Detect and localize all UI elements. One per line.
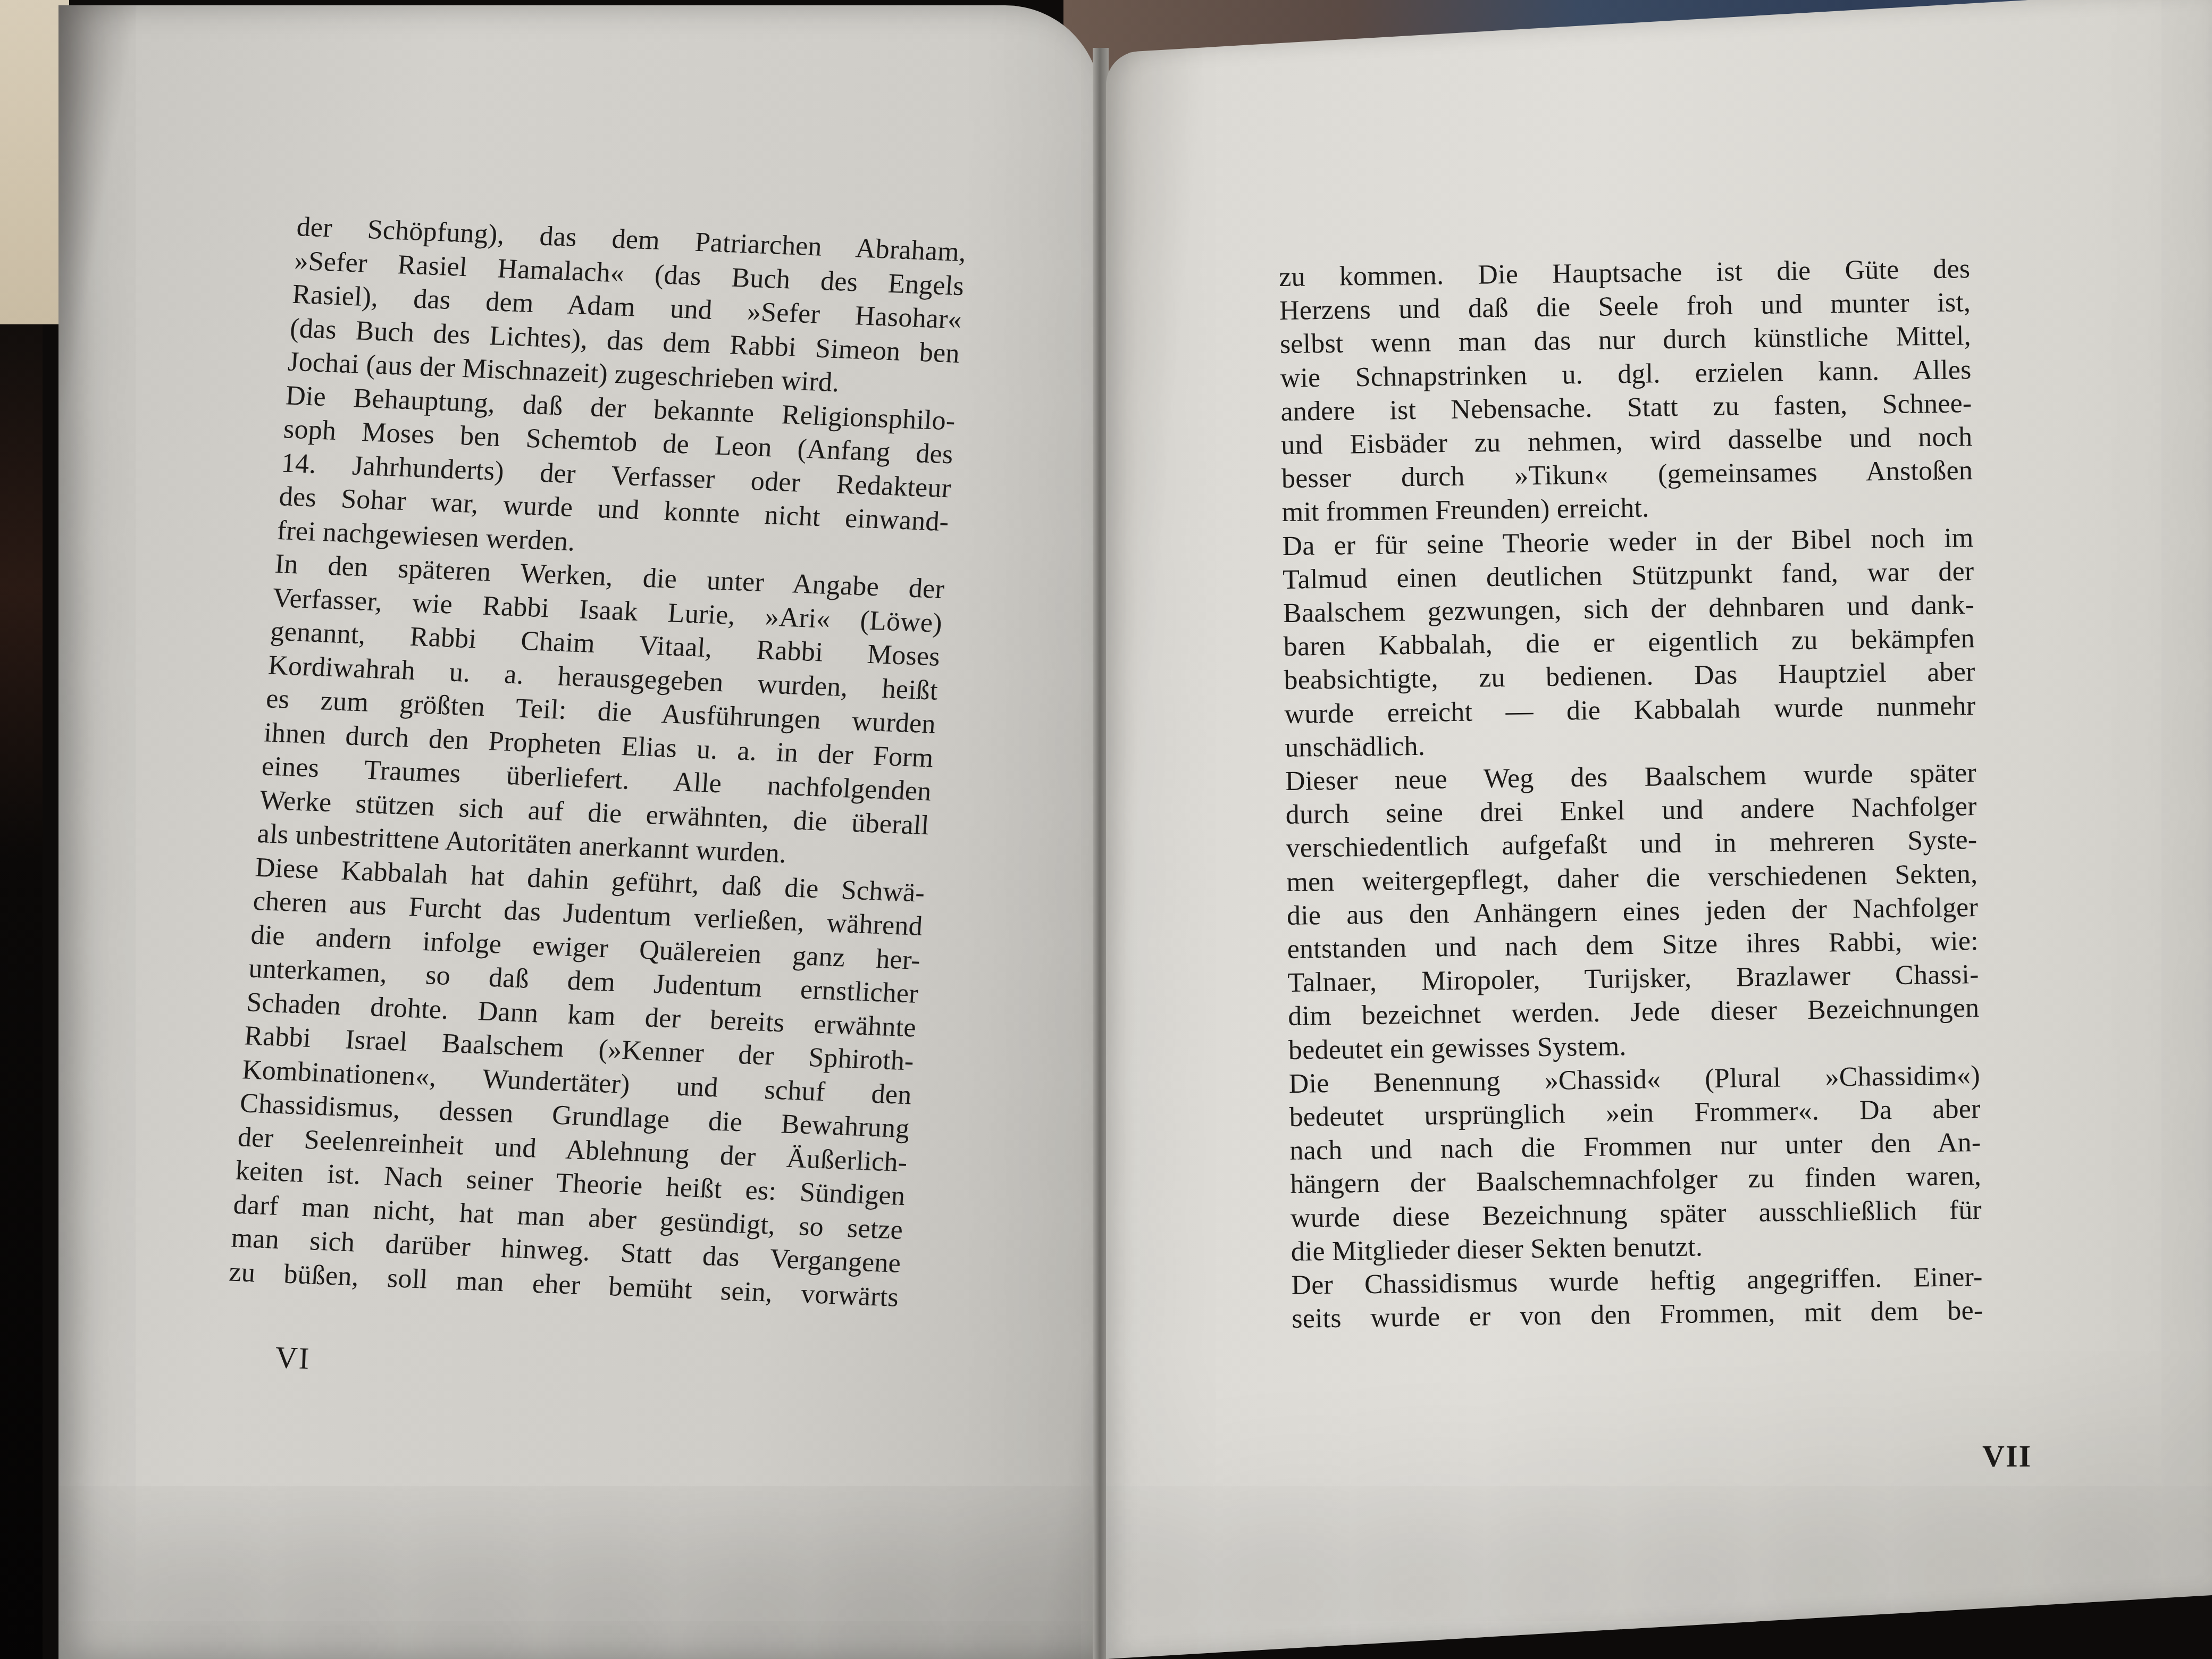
page-number-right: VII [1982,1438,2032,1474]
page-number-left: VI [275,1339,311,1376]
left-page-text: der Schöpfung), das dem Patriarchen Abra… [228,210,967,1314]
right-page-text: zu kommen. Die Hauptsache ist die Güte d… [1279,252,1983,1336]
background-shadow [0,324,43,1659]
